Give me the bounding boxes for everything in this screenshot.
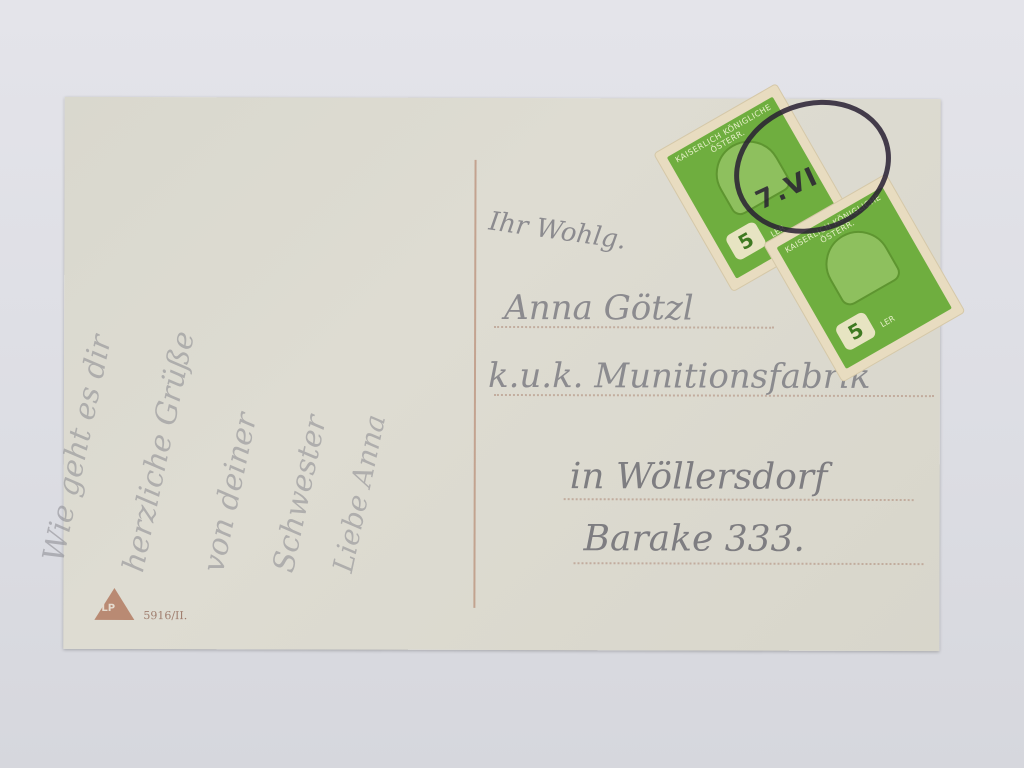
address-salutation: Ihr Wohlg.: [487, 206, 628, 255]
stamp-value: 5: [724, 220, 767, 261]
postcard: Wie geht es dir herzliche Grüße von dein…: [63, 97, 940, 651]
address-town: in Wöllersdorf: [570, 456, 828, 498]
address-dotted-line: [564, 498, 914, 501]
message-line: Liebe Anna: [326, 411, 392, 575]
message-line: Schwester: [266, 412, 334, 575]
message-line: von deiner: [196, 410, 264, 576]
address-barrack: Barake 333.: [584, 518, 805, 560]
publisher-number: 5916/II.: [143, 609, 187, 622]
publisher-logo-text: LP: [101, 603, 115, 614]
message-line: herzliche Grüße: [116, 328, 202, 575]
message-line: Wie geht es dir: [36, 332, 119, 565]
stamp-unit: LER: [879, 314, 897, 329]
address-institution: k.u.k. Munitionsfabrik: [488, 356, 871, 397]
divider-line: [473, 160, 476, 608]
stamp-value: 5: [834, 311, 877, 352]
address-name: Anna Götzl: [504, 288, 694, 328]
address-dotted-line: [574, 562, 924, 565]
